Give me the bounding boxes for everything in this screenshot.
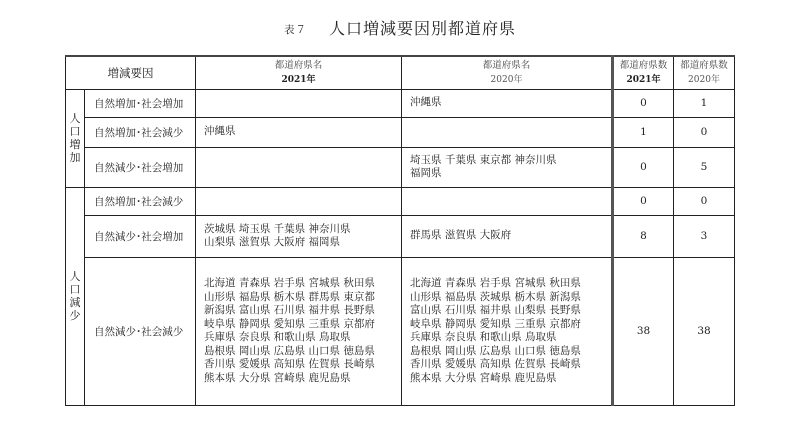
count-2020-cell: 1 <box>674 89 735 117</box>
count-2020-cell: 38 <box>674 257 735 405</box>
factor-cell: 自然増加･社会減少 <box>85 187 196 215</box>
count-2020-cell: 3 <box>674 215 735 257</box>
count-2021-cell: 1 <box>613 117 674 147</box>
count-2020-cell: 0 <box>674 187 735 215</box>
names-2020-cell <box>402 117 613 147</box>
population-change-table: 増減要因 都道府県名 2021年 都道府県名 2020年 都道府県数 2021年… <box>65 55 735 406</box>
table-row: 自然減少･社会増加 埼玉県 千葉県 東京都 神奈川県 福岡県 0 5 <box>66 147 735 187</box>
header-count-2021: 都道府県数 2021年 <box>613 56 674 89</box>
table-row: 自然減少･社会増加 茨城県 埼玉県 千葉県 神奈川県 山梨県 滋賀県 大阪府 福… <box>66 215 735 257</box>
table-row: 自然減少･社会減少 北海道 青森県 岩手県 宮城県 秋田県 山形県 福島県 栃木… <box>66 257 735 405</box>
factor-cell: 自然減少･社会増加 <box>85 215 196 257</box>
group-label-increase: 人 口 増 加 <box>66 89 85 187</box>
names-2020-cell <box>402 187 613 215</box>
table-row: 人 口 減 少 自然増加･社会減少 0 0 <box>66 187 735 215</box>
count-2021-cell: 0 <box>613 147 674 187</box>
count-2020-cell: 0 <box>674 117 735 147</box>
count-2021-cell: 0 <box>613 187 674 215</box>
names-2021-cell: 北海道 青森県 岩手県 宮城県 秋田県 山形県 福島県 栃木県 群馬県 東京都 … <box>196 257 402 405</box>
table-title: 表７人口増減要因別都道府県 <box>0 16 800 39</box>
table-row: 人 口 増 加 自然増加･社会増加 沖縄県 0 1 <box>66 89 735 117</box>
names-2020-cell: 沖縄県 <box>402 89 613 117</box>
header-names-2020: 都道府県名 2020年 <box>402 56 613 89</box>
header-names-2021: 都道府県名 2021年 <box>196 56 402 89</box>
names-2021-cell: 沖縄県 <box>196 117 402 147</box>
names-2020-cell: 埼玉県 千葉県 東京都 神奈川県 福岡県 <box>402 147 613 187</box>
factor-cell: 自然減少･社会減少 <box>85 257 196 405</box>
count-2021-cell: 8 <box>613 215 674 257</box>
count-2021-cell: 38 <box>613 257 674 405</box>
table-title-text: 人口増減要因別都道府県 <box>329 19 516 38</box>
group-label-decrease: 人 口 減 少 <box>66 187 85 405</box>
factor-cell: 自然増加･社会減少 <box>85 117 196 147</box>
count-2020-cell: 5 <box>674 147 735 187</box>
header-count-2020: 都道府県数 2020年 <box>674 56 735 89</box>
header-row: 増減要因 都道府県名 2021年 都道府県名 2020年 都道府県数 2021年… <box>66 56 735 89</box>
names-2020-cell: 北海道 青森県 岩手県 宮城県 秋田県 山形県 福島県 茨城県 栃木県 新潟県 … <box>402 257 613 405</box>
table-row: 自然増加･社会減少 沖縄県 1 0 <box>66 117 735 147</box>
factor-cell: 自然増加･社会増加 <box>85 89 196 117</box>
factor-cell: 自然減少･社会増加 <box>85 147 196 187</box>
names-2020-cell: 群馬県 滋賀県 大阪府 <box>402 215 613 257</box>
names-2021-cell <box>196 187 402 215</box>
names-2021-cell: 茨城県 埼玉県 千葉県 神奈川県 山梨県 滋賀県 大阪府 福岡県 <box>196 215 402 257</box>
table-number: 表７ <box>284 24 307 36</box>
names-2021-cell <box>196 147 402 187</box>
names-2021-cell <box>196 89 402 117</box>
header-factor: 増減要因 <box>66 56 196 89</box>
count-2021-cell: 0 <box>613 89 674 117</box>
